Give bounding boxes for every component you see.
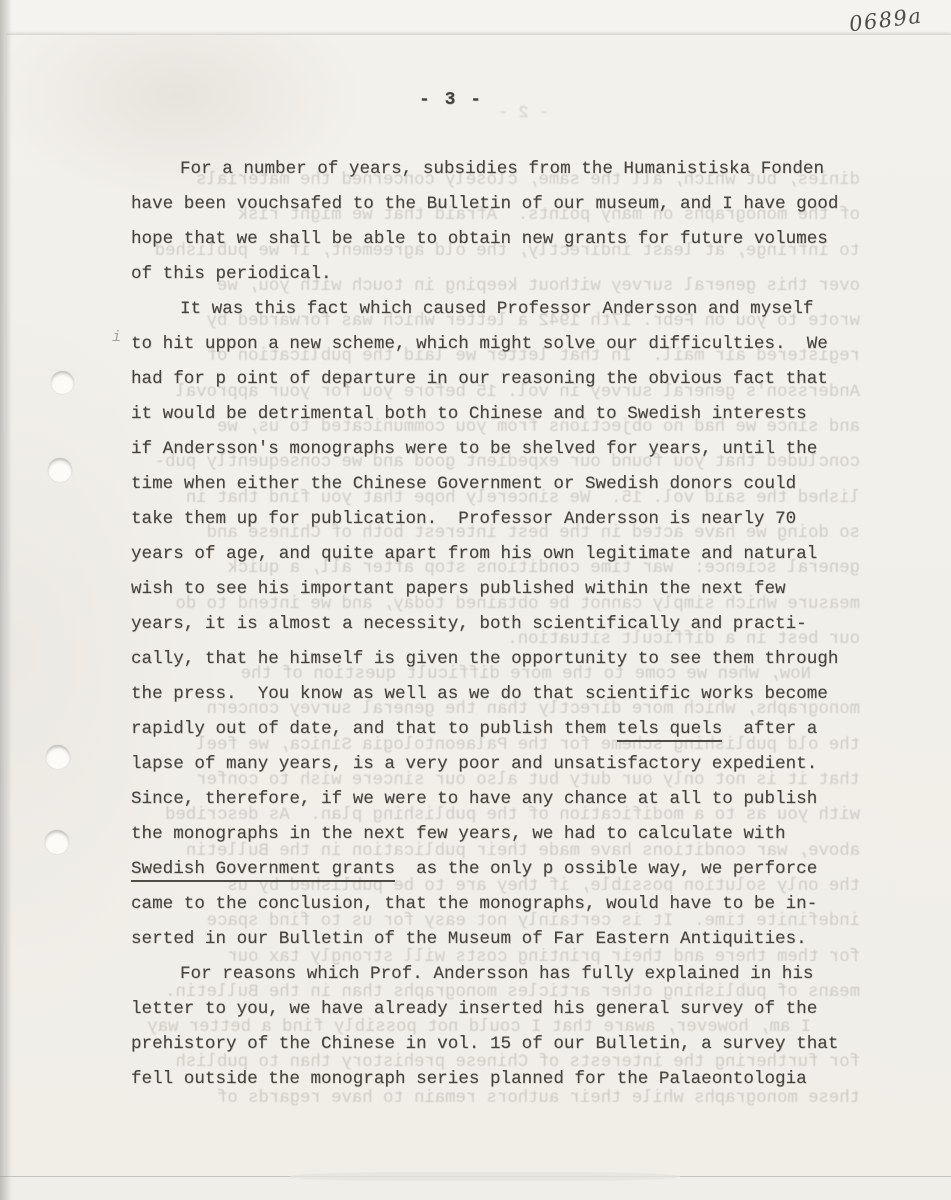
typed-text: if Andersson's monographs were to be she… [131, 439, 817, 459]
typed-text: as the only p ossible way, we perforce [395, 859, 817, 879]
typed-text: years of age, and quite apart from his o… [131, 544, 817, 564]
typed-line: if Andersson's monographs were to be she… [131, 432, 871, 467]
typed-line: years of age, and quite apart from his o… [131, 537, 871, 572]
typed-text: It was this fact which caused Professor … [180, 299, 813, 319]
typed-text: fell outside the monograph series planne… [131, 1069, 807, 1089]
underlined-text: tels quels [617, 719, 723, 742]
typed-line: the monographs in the next few years, we… [131, 817, 871, 852]
typed-line: lapse of many years, is a very poor and … [131, 747, 871, 782]
underlined-text: Swedish Government grants [131, 859, 395, 882]
typed-line: had for p oint of departure in our reaso… [131, 362, 871, 397]
typed-line: prehistory of the Chinese in vol. 15 of … [131, 1027, 871, 1062]
typed-text: hope that we shall be able to obtain new… [131, 229, 828, 249]
typed-text: For a number of years, subsidies from th… [180, 159, 824, 179]
typed-line: For reasons which Prof. Andersson has fu… [131, 957, 871, 992]
typed-line: take them up for publication. Professor … [131, 502, 871, 537]
typed-line: serted in our Bulletin of the Museum of … [131, 922, 871, 957]
typed-line: the press. You know as well as we do tha… [131, 677, 871, 712]
typed-line: Swedish Government grants as the only p … [131, 852, 871, 887]
typed-text: the monographs in the next few years, we… [131, 824, 786, 844]
typed-line: cally, that he himself is given the oppo… [131, 642, 871, 677]
typed-line: For a number of years, subsidies from th… [131, 152, 871, 187]
typed-line: rapidly out of date, and that to publish… [131, 712, 871, 747]
typed-line: Since, therefore, if we were to have any… [131, 782, 871, 817]
typed-text: rapidly out of date, and that to publish… [131, 719, 617, 739]
typed-line: have been vouchsafed to the Bulletin of … [131, 187, 871, 222]
punch-hole [46, 745, 70, 769]
typed-line: to hit uppon a new scheme, which might s… [131, 327, 871, 362]
margin-pencil-mark: i [112, 329, 121, 346]
typed-text: letter to you, we have already inserted … [131, 999, 817, 1019]
typed-text: came to the conclusion, that the monogra… [131, 894, 817, 914]
typed-line: of this periodical. [131, 257, 871, 292]
typed-text: the press. You know as well as we do tha… [131, 684, 828, 704]
punch-hole [45, 830, 69, 854]
typed-line: hope that we shall be able to obtain new… [131, 222, 871, 257]
archive-number-annotation: 0689a [848, 4, 924, 37]
typed-text: to hit uppon a new scheme, which might s… [131, 334, 828, 354]
typed-line: it would be detrimental both to Chinese … [131, 397, 871, 432]
torn-paper-edge [289, 1172, 682, 1181]
typed-letter-body: For a number of years, subsidies from th… [131, 152, 871, 1097]
typed-line: wish to see his important papers publish… [131, 572, 871, 607]
typed-line: letter to you, we have already inserted … [131, 992, 871, 1027]
typed-line: time when either the Chinese Government … [131, 467, 871, 502]
typed-text: years, it is almost a necessity, both sc… [131, 614, 807, 634]
typed-text: Since, therefore, if we were to have any… [131, 789, 817, 809]
typed-text: cally, that he himself is given the oppo… [131, 649, 838, 669]
typed-text: take them up for publication. Professor … [131, 509, 796, 529]
typed-text: wish to see his important papers publish… [131, 579, 786, 599]
typed-text: serted in our Bulletin of the Museum of … [131, 929, 807, 949]
typed-text: have been vouchsafed to the Bulletin of … [131, 194, 838, 214]
typed-text: time when either the Chinese Government … [131, 474, 796, 494]
typed-line: It was this fact which caused Professor … [131, 292, 871, 327]
punch-hole [48, 458, 72, 482]
bleedthrough-page-number: - 2 - [498, 104, 549, 123]
typed-text: lapse of many years, is a very poor and … [131, 754, 817, 774]
typed-line: years, it is almost a necessity, both sc… [131, 607, 871, 642]
typed-text: it would be detrimental both to Chinese … [131, 404, 807, 424]
page-number: - 3 - [419, 90, 483, 110]
punch-hole [51, 371, 74, 394]
typed-text: of this periodical. [131, 264, 332, 284]
typed-line: fell outside the monograph series planne… [131, 1062, 871, 1097]
typed-text: prehistory of the Chinese in vol. 15 of … [131, 1034, 838, 1054]
typed-text: For reasons which Prof. Andersson has fu… [180, 964, 813, 984]
typed-text: after a [722, 719, 817, 739]
typed-line: came to the conclusion, that the monogra… [131, 887, 871, 922]
typed-text: had for p oint of departure in our reaso… [131, 369, 828, 389]
